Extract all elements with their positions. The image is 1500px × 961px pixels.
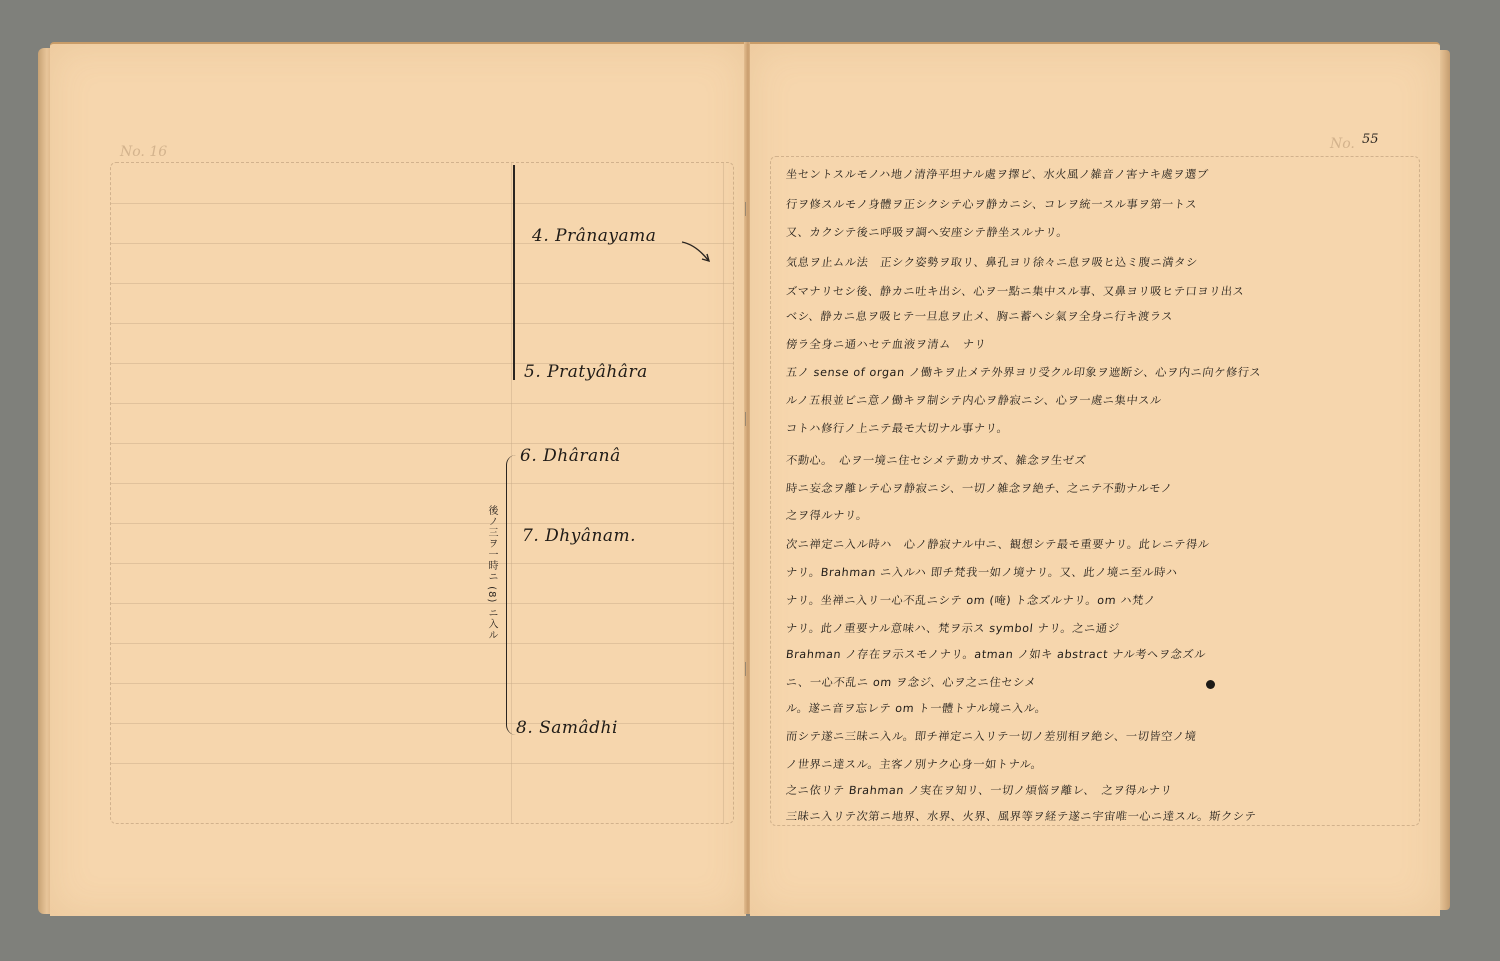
item-term: Dhâranâ xyxy=(543,446,621,466)
text-line: 次ニ禅定ニ入ル時ハ 心ノ静寂ナル中ニ、観想シテ最モ重要ナリ。此レニテ得ル xyxy=(785,536,1397,552)
ink-blot xyxy=(1206,680,1215,689)
text-line-underlined: 気息ヲ止ムル法 正シク姿勢ヲ取リ、鼻孔ヨリ徐々ニ息ヲ吸ヒ込ミ腹ニ満タシ xyxy=(785,254,1397,270)
left-page: No. 16 xyxy=(50,42,746,916)
outline-item-4: 4. Prânayama xyxy=(532,226,656,246)
item-term: Dhyânam. xyxy=(545,526,636,546)
text-line: 又、カクシテ後ニ呼吸ヲ調へ安座シテ静坐スルナリ。 xyxy=(785,224,1397,240)
text-line: 行ヲ修スルモノ身體ヲ正シクシテ心ヲ静カニシ、コレヲ統一スル事ヲ第一トス xyxy=(785,196,1397,212)
item-term: Prânayama xyxy=(555,226,656,246)
item-number: 6. xyxy=(520,446,537,466)
text-line: コトハ修行ノ上ニテ最モ大切ナル事ナリ。 xyxy=(785,420,1397,436)
text-line: ノ世界ニ達スル。主客ノ別ナク心身一如トナル。 xyxy=(785,756,1397,772)
printed-page-number: No. 16 xyxy=(120,144,167,160)
item-number: 4. xyxy=(532,226,549,246)
text-line: 之ニ依リテ Brahman ノ実在ヲ知リ、一切ノ煩悩ヲ離レ、 之ヲ得ルナリ xyxy=(785,782,1397,798)
text-line: 而シテ遂ニ三昧ニ入ル。即チ禅定ニ入リテ一切ノ差別相ヲ絶シ、一切皆空ノ境 xyxy=(785,728,1397,744)
text-line: 三昧ニ入リテ次第ニ地界、水界、火界、風界等ヲ経テ遂ニ宇宙唯一心ニ達スル。斯クシテ xyxy=(785,808,1397,824)
text-line: ニ、一心不乱ニ om ヲ念ジ、心ヲ之ニ住セシメ xyxy=(785,674,1397,690)
curly-brace xyxy=(506,455,521,735)
item-number: 7. xyxy=(522,526,539,546)
bracket-line xyxy=(513,165,515,380)
text-line: 坐セントスルモノハ地ノ清浄平坦ナル處ヲ擇ビ、水火風ノ雑音ノ害ナキ處ヲ選ブ xyxy=(785,166,1397,182)
text-line: 不動心。 心ヲ一境ニ住セシメテ動カサズ、雑念ヲ生ゼズ xyxy=(785,452,1397,468)
text-line: Brahman ノ存在ヲ示スモノナリ。atman ノ如キ abstract ナル… xyxy=(785,646,1397,662)
item-number: 5. xyxy=(524,362,541,382)
text-line: ナリ。此ノ重要ナル意味ハ、梵ヲ示ス symbol ナリ。之ニ通ジ xyxy=(785,620,1397,636)
text-line-underlined: ズマナリセシ後、静カニ吐キ出シ、心ヲ一點ニ集中スル事、又鼻ヨリ吸ヒテ口ヨリ出ス xyxy=(785,283,1397,299)
outline-item-5: 5. Pratyâhâra xyxy=(524,362,648,382)
ruled-frame xyxy=(110,162,734,824)
text-line-underlined: ベシ、静カニ息ヲ吸ヒテ一旦息ヲ止メ、胸ニ蓄ヘシ氣ヲ全身ニ行キ渡ラス xyxy=(785,308,1397,324)
text-line: ルノ五根並ビニ意ノ働キヲ制シテ内心ヲ静寂ニシ、心ヲ一處ニ集中スル xyxy=(785,392,1397,408)
outline-item-8: 8. Samâdhi xyxy=(516,718,618,738)
text-line: ル。遂ニ音ヲ忘レテ om ト一體トナル境ニ入ル。 xyxy=(785,700,1397,716)
item-term: Pratyâhâra xyxy=(547,362,648,382)
item-number: 8. xyxy=(516,718,533,738)
text-line: ナリ。坐禅ニ入リ一心不乱ニシテ om (唵) ト念ズルナリ。om ハ梵ノ xyxy=(785,592,1397,608)
outline-item-6: 6. Dhâranâ xyxy=(520,446,621,466)
text-line: 時ニ妄念ヲ離レテ心ヲ静寂ニシ、一切ノ雑念ヲ絶チ、之ニテ不動ナルモノ xyxy=(785,480,1397,496)
item-term: Samâdhi xyxy=(539,718,618,738)
handwritten-page-number: 55 xyxy=(1362,132,1379,147)
printed-page-number: No. xyxy=(1330,136,1355,152)
side-note: 後ノ三ヲ一時ニ (8) ニ入ル xyxy=(484,505,499,641)
arrow-right-icon xyxy=(680,236,714,266)
text-line: 五ノ sense of organ ノ働キヲ止メテ外界ヨリ受クル印象ヲ遮断シ、心… xyxy=(785,364,1397,380)
text-line-underlined: 傍ラ全身ニ通ハセテ血液ヲ清ム ナリ xyxy=(785,336,1147,352)
outline-item-7: 7. Dhyânam. xyxy=(522,526,636,546)
text-line: 之ヲ得ルナリ。 xyxy=(785,507,1397,523)
text-line: ナリ。Brahman ニ入ルハ 即チ梵我一如ノ境ナリ。又、此ノ境ニ至ル時ハ xyxy=(785,564,1397,580)
